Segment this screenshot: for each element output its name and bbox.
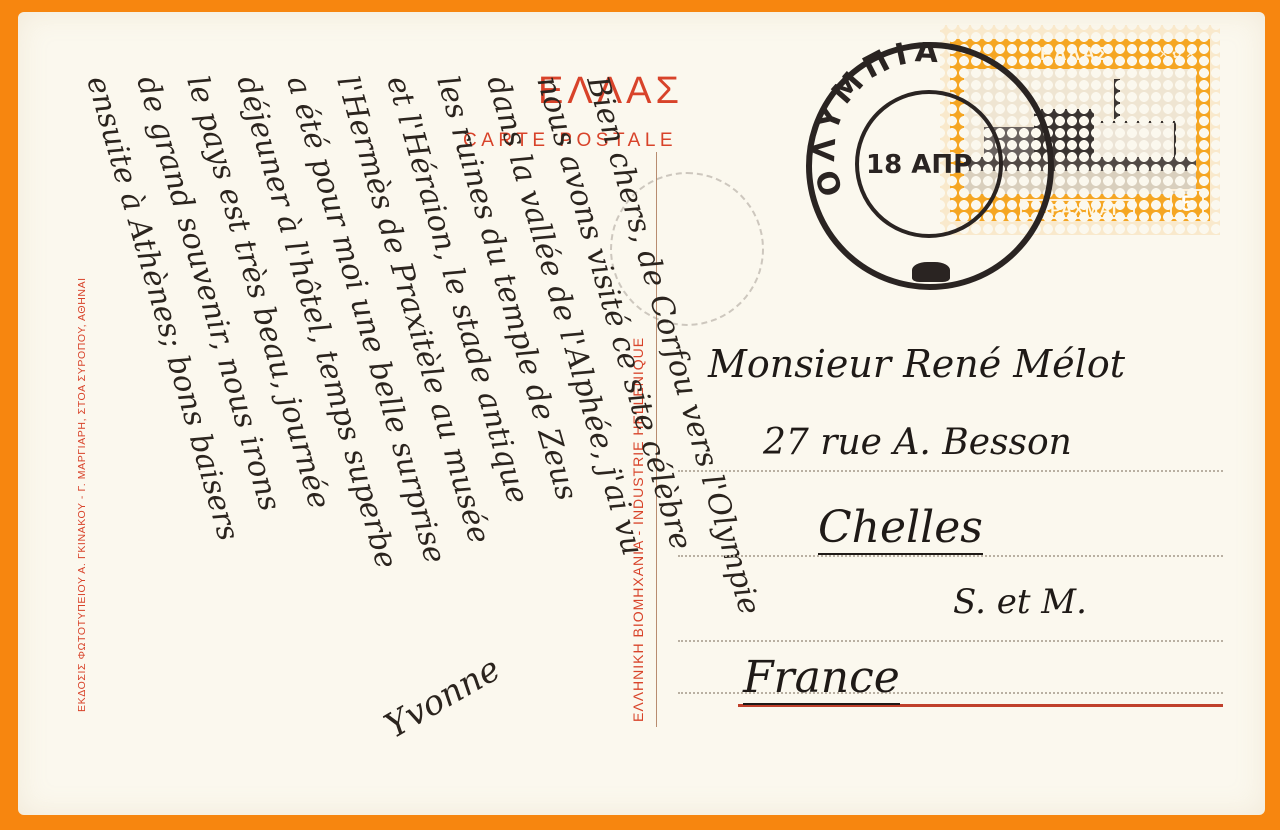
address-department: S. et M. [953,582,1087,622]
publisher-imprint: ΕΚΔΟΣΙΣ ΦΩΤΟΤΥΠΕΙΟΥ Α. ΓΚΙΝΑΚΟΥ - Γ. ΜΑΡ… [76,277,88,712]
address-rule [678,640,1223,642]
stamp-value: 5 [1170,189,1204,219]
message-signature: Yvonne [378,649,507,747]
address-city: Chelles [818,502,983,555]
address-street: 27 rue A. Besson [763,422,1072,463]
postmark-date: 18 ΑΠΡ [866,150,972,180]
address-rule [678,555,1223,557]
address-country: France [743,652,900,705]
postmark-ornament [912,262,950,282]
address-rule [678,470,1223,472]
stamp-ornament-icon: ✕ ✿ ✕ [1148,43,1206,65]
address-name: Monsieur René Mélot [708,342,1125,386]
